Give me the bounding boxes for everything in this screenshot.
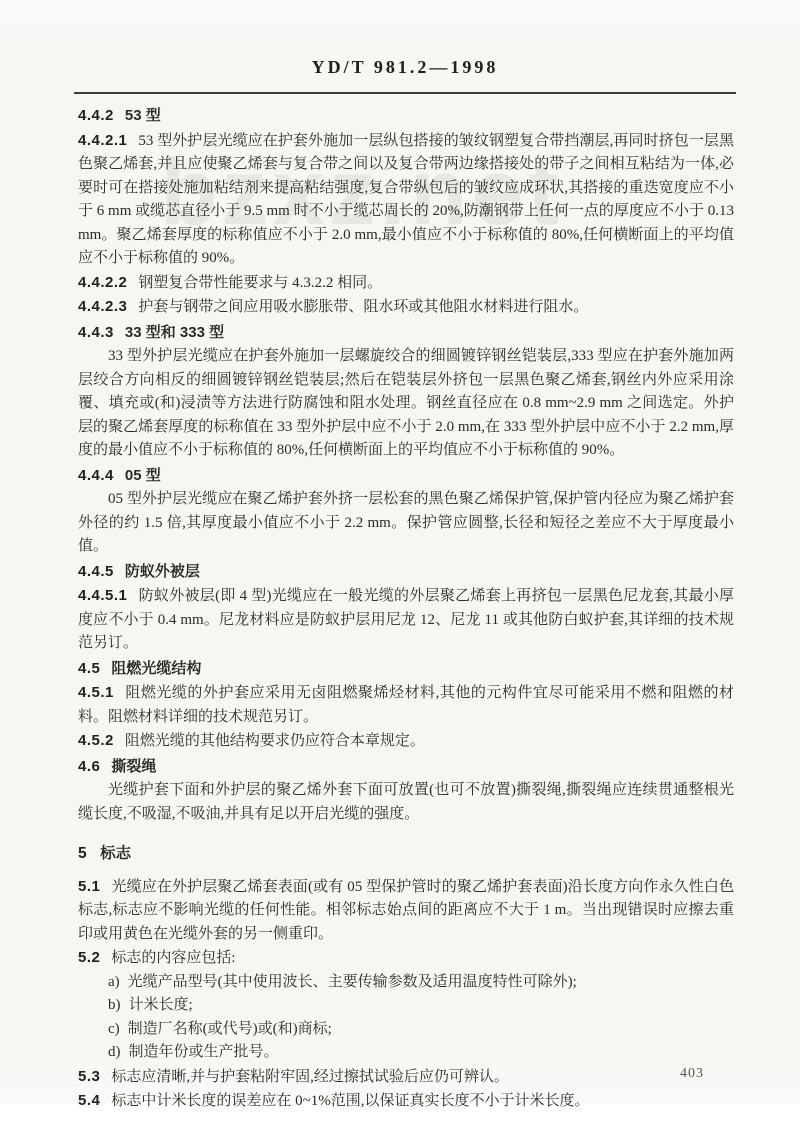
clause-number: 4.4.3	[78, 324, 125, 341]
list-item-c: c)制造厂名称(或代号)或(和)商标;	[78, 1018, 734, 1042]
heading-4-4-2: 4.4.253 型	[78, 104, 734, 129]
list-marker: c)	[108, 1021, 128, 1037]
clause-text: 光缆应在外护层聚乙烯套表面(或有 05 型保护管时的聚乙烯护套表面)沿长度方向作…	[78, 879, 734, 942]
chapter-5-heading: 5标志	[78, 842, 734, 866]
clause-text: 阻燃光缆的其他结构要求仍应符合本章规定。	[125, 733, 425, 749]
heading-4-4-5: 4.4.5防蚁外被层	[78, 560, 734, 585]
clause-title: 05 型	[125, 467, 161, 484]
list-text: 计米长度;	[129, 997, 193, 1013]
heading-4-5: 4.5阻燃光缆结构	[78, 657, 734, 682]
clause-number: 4.4.4	[78, 467, 125, 484]
clause-number: 4.4.2.3	[78, 298, 138, 315]
clause-number: 5.3	[78, 1068, 111, 1085]
clause-title: 撕裂绳	[111, 758, 156, 775]
heading-4-4-3: 4.4.333 型和 333 型	[78, 321, 734, 346]
clause-number: 4.5.2	[78, 732, 125, 749]
clause-number: 4.6	[78, 758, 111, 775]
clause-text: 钢塑复合带性能要求与 4.3.2.2 相同。	[138, 275, 382, 291]
paragraph-4-4-3: 33 型外护层光缆应在护套外施加一层螺旋绞合的细圆镀锌钢丝铠装层,333 型应在…	[78, 345, 734, 463]
clause-title: 53 型	[125, 107, 161, 124]
clause-text: 标志中计米长度的误差应在 0~1%范围,以保证真实长度不小于计米长度。	[111, 1093, 589, 1109]
clause-5-3: 5.3标志应清晰,并与护套粘附牢固,经过擦拭试验后应仍可辨认。	[78, 1065, 734, 1090]
clause-4-4-2-2: 4.4.2.2钢塑复合带性能要求与 4.3.2.2 相同。	[78, 271, 734, 296]
header-rule	[74, 92, 736, 94]
clause-number: 4.4.2	[78, 107, 125, 124]
list-marker: d)	[108, 1044, 129, 1060]
heading-4-4-4: 4.4.405 型	[78, 464, 734, 489]
list-marker: a)	[108, 974, 128, 990]
heading-4-6: 4.6撕裂绳	[78, 755, 734, 780]
clause-text: 阻燃光缆的外护套应采用无卤阻燃聚烯烃材料,其他的元构件宜尽可能采用不燃和阻燃的材…	[78, 685, 734, 725]
list-item-d: d)制造年份或生产批号。	[78, 1041, 734, 1065]
clause-title: 33 型和 333 型	[125, 324, 224, 341]
paragraph-text: 光缆护套下面和外护层的聚乙烯外套下面可放置(也可不放置)撕裂绳,撕裂绳应连续贯通…	[78, 782, 734, 822]
clause-number: 4.4.2.2	[78, 274, 138, 291]
clause-number: 4.5.1	[78, 684, 125, 701]
list-marker: b)	[108, 997, 129, 1013]
document-body: 4.4.253 型 4.4.2.153 型外护层光缆应在护套外施加一层纵包搭接的…	[78, 103, 734, 1114]
chapter-title: 标志	[100, 845, 131, 862]
paragraph-text: 33 型外护层光缆应在护套外施加一层螺旋绞合的细圆镀锌钢丝铠装层,333 型应在…	[78, 348, 734, 458]
clause-4-5-1: 4.5.1阻燃光缆的外护套应采用无卤阻燃聚烯烃材料,其他的元构件宜尽可能采用不燃…	[78, 681, 734, 729]
clause-text: 标志应清晰,并与护套粘附牢固,经过擦拭试验后应仍可辨认。	[111, 1069, 509, 1085]
list-text: 制造年份或生产批号。	[129, 1044, 279, 1060]
list-text: 制造厂名称(或代号)或(和)商标;	[128, 1021, 332, 1037]
clause-text: 标志的内容应包括:	[111, 950, 235, 966]
list-item-a: a)光缆产品型号(其中使用波长、主要传输参数及适用温度特性可除外);	[78, 971, 734, 995]
clause-title: 阻燃光缆结构	[111, 660, 201, 677]
paragraph-text: 05 型外护层光缆应在聚乙烯护套外挤一层松套的黑色聚乙烯保护管,保护管内径应为聚…	[78, 491, 734, 554]
clause-number: 4.5	[78, 660, 111, 677]
clause-4-4-2-3: 4.4.2.3护套与钢带之间应用吸水膨胀带、阻水环或其他阻水材料进行阻水。	[78, 295, 734, 320]
clause-4-4-2-1: 4.4.2.153 型外护层光缆应在护套外施加一层纵包搭接的皱纹钢塑复合带挡潮层…	[78, 129, 734, 271]
list-item-b: b)计米长度;	[78, 994, 734, 1018]
clause-text: 53 型外护层光缆应在护套外施加一层纵包搭接的皱纹钢塑复合带挡潮层,再同时挤包一…	[78, 133, 734, 267]
chapter-number: 5	[78, 845, 100, 862]
clause-5-4: 5.4标志中计米长度的误差应在 0~1%范围,以保证真实长度不小于计米长度。	[78, 1089, 734, 1114]
clause-number: 5.4	[78, 1092, 111, 1109]
clause-5-2: 5.2标志的内容应包括:	[78, 946, 734, 971]
clause-4-5-2: 4.5.2阻燃光缆的其他结构要求仍应符合本章规定。	[78, 729, 734, 754]
clause-4-4-5-1: 4.4.5.1防蚁外被层(即 4 型)光缆应在一般光缆的外层聚乙烯套上再挤包一层…	[78, 584, 734, 656]
clause-number: 4.4.5.1	[78, 587, 138, 604]
standard-number-header: YD/T 981.2—1998	[75, 57, 735, 78]
clause-text: 防蚁外被层(即 4 型)光缆应在一般光缆的外层聚乙烯套上再挤包一层黑色尼龙套,其…	[78, 588, 734, 651]
clause-title: 防蚁外被层	[125, 563, 200, 580]
clause-number: 5.2	[78, 949, 111, 966]
clause-text: 护套与钢带之间应用吸水膨胀带、阻水环或其他阻水材料进行阻水。	[138, 299, 588, 315]
clause-number: 4.4.2.1	[78, 132, 138, 149]
clause-number: 4.4.5	[78, 563, 125, 580]
paragraph-4-6: 光缆护套下面和外护层的聚乙烯外套下面可放置(也可不放置)撕裂绳,撕裂绳应连续贯通…	[78, 779, 734, 826]
page-number: 403	[680, 1066, 704, 1082]
clause-number: 5.1	[78, 878, 111, 895]
list-text: 光缆产品型号(其中使用波长、主要传输参数及适用温度特性可除外);	[128, 974, 577, 990]
clause-5-1: 5.1光缆应在外护层聚乙烯套表面(或有 05 型保护管时的聚乙烯护套表面)沿长度…	[78, 875, 734, 947]
paragraph-4-4-4: 05 型外护层光缆应在聚乙烯护套外挤一层松套的黑色聚乙烯保护管,保护管内径应为聚…	[78, 488, 734, 559]
